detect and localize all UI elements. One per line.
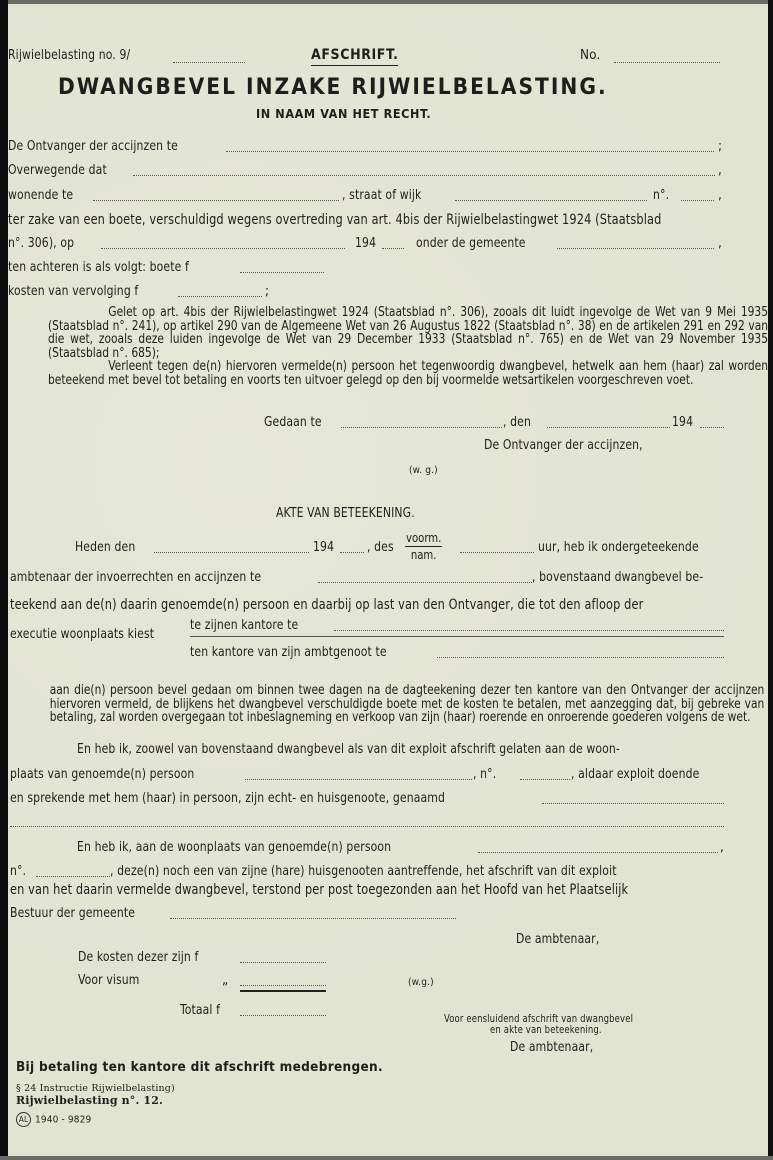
den-label: , den [503, 415, 531, 430]
persoon-place-field[interactable] [245, 779, 472, 780]
copy-label: AFSCHRIFT. [311, 47, 398, 66]
scan-border-left [0, 0, 8, 1160]
year-field[interactable] [382, 248, 404, 249]
print-code-row: AL1940 - 9829 [16, 1112, 91, 1127]
ontvanger-place-field[interactable] [226, 151, 714, 152]
visum-field[interactable] [240, 985, 326, 986]
zijnen-kantore-label: te zijnen kantore te [190, 618, 298, 633]
totaal-label: Totaal f [180, 1003, 220, 1018]
overwegende-field[interactable] [133, 175, 715, 176]
punctuation: , [718, 188, 722, 203]
divider [190, 636, 724, 637]
year-label: 194 [672, 415, 693, 430]
executie-label: executie woonplaats kiest [10, 627, 154, 642]
house-number-field[interactable] [36, 876, 110, 877]
dezen-text: , deze(n) noch een van zijne (hare) huis… [110, 864, 617, 879]
beteekend-text: teekend aan de(n) daarin genoemde(n) per… [10, 597, 643, 613]
straat-field[interactable] [455, 200, 647, 201]
punctuation: , [720, 840, 724, 855]
time-field[interactable] [460, 552, 534, 553]
legal-basis-paragraph: Gelet op art. 4bis der Rijwielbelastingw… [48, 306, 768, 388]
ambtenaar-signature-label: De ambtenaar, [516, 932, 599, 947]
heden-date-field[interactable] [154, 552, 309, 553]
year-field[interactable] [700, 427, 724, 428]
document-title: DWANGBEVEL INZAKE RIJWIELBELASTING. [58, 74, 608, 100]
punctuation: , [718, 236, 722, 251]
straat-label: , straat of wijk [342, 188, 421, 203]
wonende-field[interactable] [93, 200, 339, 201]
bestuur-gemeente-field[interactable] [170, 918, 456, 919]
document-subtitle: IN NAAM VAN HET RECHT. [256, 106, 431, 121]
scan-border-right [768, 0, 773, 1160]
number-label: n°. [10, 864, 26, 879]
ambtenaar-place-field[interactable] [318, 582, 532, 583]
genaamd-continuation-field[interactable] [10, 826, 724, 827]
des-label: , des [367, 540, 394, 555]
number-label: n°. [653, 188, 669, 203]
number-label: , n°. [473, 767, 496, 782]
verleent-text: Verleent tegen de(n) hiervoren vermelde(… [48, 360, 768, 387]
sprekende-label: en sprekende met hem (haar) in persoon, … [10, 791, 445, 806]
woonplaats-field[interactable] [478, 852, 718, 853]
overwegende-label: Overwegende dat [8, 163, 107, 178]
voorm-label: voorm. [405, 530, 442, 547]
total-rule [240, 990, 326, 992]
bevel-paragraph: aan die(n) persoon bevel gedaan om binne… [50, 684, 765, 725]
voorm-nam-fraction: voorm. nam. [405, 530, 442, 562]
gedaan-te-field[interactable] [341, 427, 502, 428]
year-field[interactable] [340, 552, 364, 553]
visum-label: Voor visum [78, 973, 140, 988]
ditto-mark: „ [222, 973, 228, 988]
genaamd-field[interactable] [542, 803, 724, 804]
eensluidend-line-2: en akte van beteekening. [490, 1024, 602, 1036]
wg-label: (w.g.) [408, 977, 434, 988]
nam-label: nam. [405, 547, 442, 562]
kosten-dezer-label: De kosten dezer zijn f [78, 950, 198, 965]
ontvanger-signature-label: De Ontvanger der accijnzen, [484, 438, 643, 453]
reference-number-field[interactable] [173, 62, 245, 63]
boete-label: ten achteren is als volgt: boete f [8, 260, 189, 275]
aldaar-text: , aldaar exploit doende [571, 767, 699, 782]
ambtgenoot-label: ten kantore van zijn ambtgenoot te [190, 645, 387, 660]
boete-amount-field[interactable] [240, 272, 324, 273]
bovenstaand-text: , bovenstaand dwangbevel be- [532, 570, 703, 585]
gedaan-te-label: Gedaan te [264, 415, 322, 430]
punctuation: , [718, 163, 722, 178]
en-heb-ik-2-label: En heb ik, aan de woonplaats van genoemd… [77, 840, 391, 855]
akte-heading: AKTE VAN BETEEKENING. [276, 506, 415, 521]
bestuur-label: Bestuur der gemeente [10, 906, 135, 921]
punctuation: ; [265, 284, 269, 299]
ambtenaar-signature-label-2: De ambtenaar, [510, 1040, 593, 1055]
heden-den-label: Heden den [75, 540, 135, 555]
uur-text: uur, heb ik ondergeteekende [538, 540, 699, 555]
printer-logo-icon: AL [16, 1112, 31, 1127]
punctuation: ; [718, 139, 722, 154]
instructie-reference: § 24 Instructie Rijwielbelasting) [16, 1083, 175, 1094]
year-label: 194 [355, 236, 376, 251]
terzake-text: ter zake van een boete, verschuldigd weg… [8, 212, 661, 228]
kosten-dezer-field[interactable] [240, 962, 326, 963]
date-field[interactable] [101, 248, 345, 249]
totaal-field[interactable] [240, 1015, 326, 1016]
op-label: n°. 306), op [8, 236, 74, 251]
zijnen-kantore-field[interactable] [334, 630, 724, 631]
kosten-vervolging-label: kosten van vervolging f [8, 284, 138, 299]
en-van-text: en van het daarin vermelde dwangbevel, t… [10, 882, 628, 898]
scan-border-bottom [0, 1156, 773, 1160]
number-label: No. [580, 48, 600, 63]
wg-label: (w. g.) [409, 465, 438, 476]
kosten-amount-field[interactable] [178, 296, 262, 297]
den-date-field[interactable] [547, 427, 670, 428]
bevel-text: aan die(n) persoon bevel gedaan om binne… [50, 684, 765, 725]
payment-notice: Bij betaling ten kantore dit afschrift m… [16, 1059, 383, 1075]
year-label: 194 [313, 540, 334, 555]
gelet-text: Gelet op art. 4bis der Rijwielbelastingw… [48, 306, 768, 360]
number-field[interactable] [614, 62, 720, 63]
en-heb-ik-text: En heb ik, zoowel van bovenstaand dwangb… [77, 742, 620, 757]
print-code: 1940 - 9829 [35, 1115, 91, 1126]
form-number: Rijwielbelasting n°. 12. [16, 1094, 163, 1107]
wonende-label: wonende te [8, 188, 73, 203]
plaats-label: plaats van genoemde(n) persoon [10, 767, 194, 782]
ambtgenoot-field[interactable] [437, 657, 724, 658]
house-number-field[interactable] [520, 779, 570, 780]
ontvanger-label: De Ontvanger der accijnzen te [8, 139, 178, 154]
ambtenaar-te-label: ambtenaar der invoerrechten en accijnzen… [10, 570, 261, 585]
gemeente-field[interactable] [557, 248, 714, 249]
gemeente-label: onder de gemeente [416, 236, 526, 251]
reference-label: Rijwielbelasting no. 9/ [8, 48, 130, 63]
house-number-field[interactable] [681, 200, 714, 201]
